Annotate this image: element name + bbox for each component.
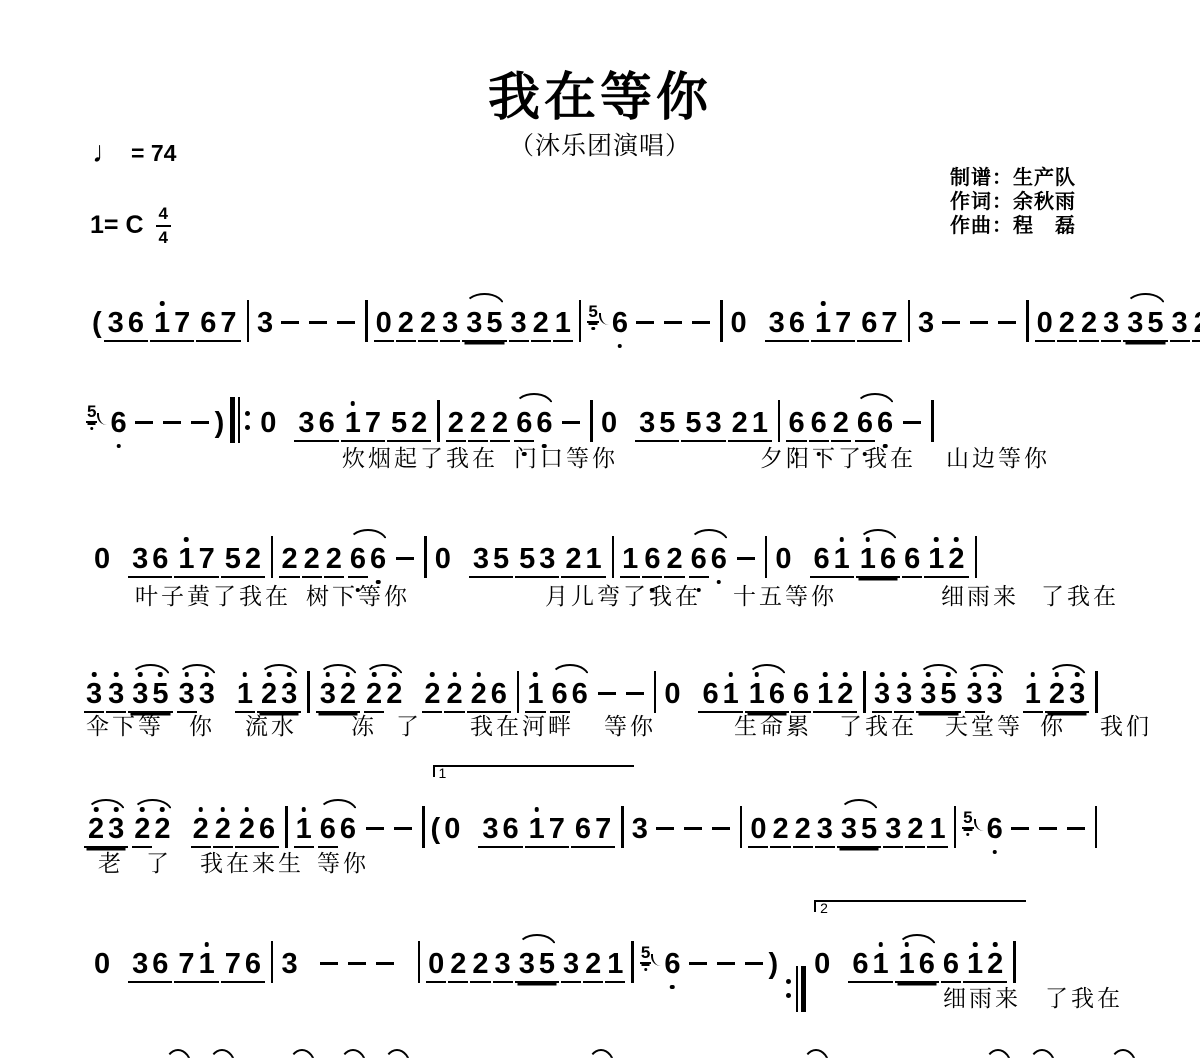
slur-arc	[855, 393, 895, 407]
note: 0	[729, 309, 749, 338]
note-group: 66	[346, 545, 390, 578]
slur-arc-partial	[164, 1049, 192, 1062]
grace-note: 5	[86, 418, 108, 438]
note: 1	[176, 545, 196, 574]
lyric-segment: 天堂等	[945, 708, 1023, 741]
note: 1	[832, 545, 852, 574]
barline	[422, 806, 425, 848]
note: 2	[470, 950, 490, 983]
score-line: 3335331233222222616606116612333533123	[84, 661, 1102, 713]
note: 0	[1035, 309, 1055, 342]
note: 6	[812, 545, 832, 574]
note: 6	[709, 545, 729, 574]
lyric-segment: 了	[146, 845, 172, 878]
slur-arc	[550, 664, 590, 678]
note-group: 67	[571, 815, 615, 848]
note: 2	[468, 409, 488, 442]
note: 6	[514, 409, 534, 442]
barline	[612, 536, 615, 578]
duration-dash	[664, 321, 682, 324]
barline	[365, 300, 368, 342]
slur-arc	[464, 293, 504, 307]
note: 3	[1125, 309, 1145, 338]
tempo-marking: ♩ = 74	[92, 138, 176, 168]
lyric-segment: 等你	[604, 708, 656, 741]
slur-arc	[348, 529, 388, 543]
note: 6	[108, 409, 128, 438]
note-group: 36	[478, 815, 522, 848]
duration-dash	[745, 962, 763, 965]
duration-dash	[366, 827, 384, 830]
time-signature-bottom: 4	[159, 227, 168, 248]
note-group: 66	[687, 545, 731, 578]
lyric-segment: 老	[98, 845, 124, 878]
barline	[590, 400, 593, 442]
score-line: 03617522226603553211626606116612	[92, 526, 981, 578]
note: 1	[584, 545, 604, 574]
barline	[631, 941, 634, 983]
barline	[271, 941, 274, 983]
duration-dash	[684, 827, 702, 830]
slur-arc	[965, 664, 1005, 678]
note: 2	[237, 815, 257, 844]
note: 0	[374, 309, 394, 342]
repeat-thick-bar	[230, 397, 235, 443]
note: 1	[620, 545, 640, 578]
quarter-note-icon: ♩	[92, 138, 122, 168]
note: 6	[902, 545, 922, 578]
lyric-segment: 冻	[351, 708, 377, 741]
duration-dash	[626, 692, 644, 695]
key-label: 1= C	[90, 211, 144, 240]
duration-dash	[692, 321, 710, 324]
note-group: 36	[104, 309, 148, 342]
barline	[437, 400, 440, 442]
duration-dash	[737, 557, 755, 560]
time-signature: 4 4	[156, 204, 171, 247]
note: 6	[610, 309, 630, 338]
note-group: 23	[84, 815, 128, 848]
note: 6	[534, 409, 554, 438]
note-group: 36	[765, 309, 809, 342]
note: 1	[721, 680, 741, 709]
note-group: 35	[837, 815, 881, 848]
note: 1	[965, 950, 985, 979]
note: 1	[152, 309, 172, 338]
note: 3	[1101, 309, 1121, 342]
note-group: 36	[128, 950, 172, 983]
duration-dash	[281, 321, 299, 324]
repeat-begin-sign	[230, 397, 252, 443]
parenthesis: )	[769, 950, 779, 979]
note-group: 17	[341, 409, 385, 442]
note-group: 76	[221, 950, 265, 983]
note-group: 35	[635, 409, 679, 442]
repeat-thin-bar	[796, 966, 798, 1012]
note: 3	[197, 680, 217, 709]
note: 5	[517, 545, 537, 574]
repeat-end-sign	[784, 966, 806, 1012]
barline	[418, 941, 421, 983]
note: 3	[704, 409, 724, 438]
volta-bracket: 1(0361767	[431, 796, 628, 848]
note: 7	[172, 309, 192, 338]
note-group: 66	[512, 409, 556, 442]
score-line: 56)036175222266035532166266	[86, 386, 938, 442]
note-group: 12	[924, 545, 968, 578]
note: 0	[748, 815, 768, 848]
time-signature-top: 4	[156, 204, 171, 227]
duration-dash	[598, 692, 616, 695]
note: 6	[875, 409, 895, 438]
note: 3	[255, 309, 275, 338]
note: 3	[815, 815, 835, 848]
note: 6	[489, 680, 509, 709]
barline	[654, 671, 657, 713]
sheet-music-page: { "title": "我在等你", "subtitle": "（沐乐团演唱）"…	[0, 0, 1200, 1062]
credit-lyricist: 作词：余秋雨	[950, 190, 1076, 214]
note: 5	[537, 950, 557, 979]
lyric-segment: 了我在	[839, 708, 917, 741]
barline	[424, 536, 427, 578]
volta-bracket: 206116612	[812, 931, 1020, 983]
note-group: 22	[130, 815, 174, 848]
note-group: 17	[525, 815, 569, 848]
note: 6	[941, 950, 961, 983]
note: 0	[92, 950, 112, 979]
slur-arc-partial	[984, 1049, 1012, 1062]
barline	[863, 671, 866, 713]
note-group: 16	[856, 545, 900, 578]
note-group: 67	[857, 309, 901, 342]
note: 2	[396, 309, 416, 342]
note: 2	[446, 409, 466, 442]
slur-arc-partial	[288, 1049, 316, 1062]
barline	[1095, 806, 1098, 848]
slur-arc	[839, 799, 879, 813]
note: 1	[750, 409, 770, 438]
note: 6	[850, 950, 870, 979]
note: 6	[573, 815, 593, 844]
duration-dash	[636, 321, 654, 324]
note: 7	[197, 545, 217, 574]
duration-dash	[309, 321, 327, 324]
note: 2	[490, 409, 510, 442]
note: 7	[879, 309, 899, 338]
barline	[908, 300, 911, 342]
note: 6	[243, 950, 263, 979]
note: 2	[302, 545, 322, 578]
note-group: 53	[681, 409, 725, 442]
note-group: 52	[387, 409, 431, 442]
note: 3	[471, 545, 491, 574]
note: 3	[279, 680, 299, 709]
note: 2	[132, 815, 152, 848]
duration-dash	[337, 321, 355, 324]
grace-note: 5	[587, 318, 609, 338]
song-subtitle: （沐乐团演唱）	[0, 126, 1200, 162]
note: 5	[657, 409, 677, 438]
note: 3	[480, 815, 500, 844]
duration-dash	[903, 421, 921, 424]
note: 3	[440, 309, 460, 342]
note: 6	[662, 950, 682, 979]
parenthesis: )	[215, 409, 225, 438]
note: 6	[570, 680, 590, 709]
note: 2	[338, 680, 358, 709]
note-group: 36	[294, 409, 338, 442]
note: 2	[152, 815, 172, 844]
credit-arranger: 制谱：生产队	[950, 166, 1076, 190]
note: 3	[637, 409, 657, 438]
note: 1	[197, 950, 217, 979]
note: 2	[946, 545, 966, 574]
note-group: 67	[196, 309, 240, 342]
note: 3	[985, 680, 1005, 709]
lyric-segment: 我在河畔	[470, 708, 574, 741]
note: 5	[484, 309, 504, 338]
duration-dash	[998, 321, 1016, 324]
note: 6	[859, 309, 879, 338]
duration-dash	[394, 827, 412, 830]
note: 1	[926, 545, 946, 574]
duration-dash	[135, 421, 153, 424]
note: 3	[279, 950, 299, 979]
lyric-segment: 炊烟起了我在	[342, 440, 498, 473]
note: 1	[858, 545, 878, 574]
note: 6	[855, 409, 875, 442]
note: 5	[938, 680, 958, 709]
note-group: 71	[174, 950, 218, 983]
note: 6	[501, 815, 521, 844]
grace-note: 5	[962, 824, 984, 844]
note: 2	[418, 309, 438, 342]
note: 5	[640, 944, 651, 964]
note: 7	[593, 815, 613, 844]
note: 0	[773, 545, 793, 574]
note: 2	[384, 680, 404, 709]
note: 3	[464, 309, 484, 338]
note: 2	[985, 950, 1005, 979]
duration-dash	[1011, 827, 1029, 830]
note: 6	[985, 815, 1005, 844]
duration-dash	[656, 827, 674, 830]
note: 7	[223, 950, 243, 979]
barline	[778, 400, 781, 442]
barline	[307, 671, 310, 713]
barline	[975, 536, 978, 578]
slur-arc	[177, 664, 217, 678]
lyric-segment: 等你	[317, 845, 369, 878]
note-group: 52	[221, 545, 265, 578]
note: 3	[493, 950, 513, 983]
lyric-segment: 流水	[245, 708, 297, 741]
note: 6	[150, 950, 170, 979]
note: 3	[916, 309, 936, 338]
parenthesis: (	[92, 309, 102, 338]
barline	[271, 536, 274, 578]
note: 1	[870, 950, 890, 979]
note: 0	[812, 950, 832, 979]
note: 5	[587, 303, 598, 323]
parenthesis: (	[431, 815, 441, 844]
duration-dash	[562, 421, 580, 424]
lyric-segment: 叶子黄了我在	[135, 578, 291, 611]
barline	[285, 806, 288, 848]
lyric-segment: 细雨来	[943, 980, 1021, 1013]
note: 3	[517, 950, 537, 979]
repeat-dot	[786, 993, 791, 998]
repeat-thick-bar	[801, 966, 806, 1012]
note: 2	[1057, 309, 1077, 342]
grace-note: 5	[640, 959, 662, 979]
note: 3	[630, 815, 650, 844]
note: 0	[662, 680, 682, 709]
note: 3	[509, 309, 529, 342]
note: 1	[927, 815, 947, 848]
lyric-segment: 我们	[1100, 708, 1152, 741]
slur-arc-partial	[1028, 1049, 1056, 1062]
note: 6	[348, 545, 368, 578]
lyric-segment: 夕阳下了我在	[760, 440, 916, 473]
note: 6	[787, 309, 807, 338]
note: 2	[444, 680, 464, 713]
note: 0	[442, 815, 462, 844]
note-group: 61	[810, 545, 854, 578]
duration-dash	[1067, 827, 1085, 830]
note: 7	[176, 950, 196, 979]
lyric-segment: 月儿弯了我在	[545, 578, 701, 611]
slur-arc-partial	[587, 1049, 615, 1062]
note: 2	[563, 545, 583, 574]
note: 2	[259, 680, 279, 709]
note: 5	[491, 545, 511, 574]
note: 6	[126, 309, 146, 338]
note-group: 35	[462, 309, 506, 342]
note: 3	[130, 950, 150, 979]
slur-arc-partial	[1109, 1049, 1137, 1062]
note: 1	[343, 409, 363, 438]
slur-arc	[1047, 664, 1087, 678]
slur-arc	[747, 664, 787, 678]
note: 7	[363, 409, 383, 438]
note-group: 17	[174, 545, 218, 578]
slur-arc-partial	[208, 1049, 236, 1062]
volta-line	[814, 900, 1026, 912]
note: 6	[809, 409, 829, 442]
duration-dash	[191, 421, 209, 424]
lyric-segment: 十五等你	[733, 578, 837, 611]
slur-arc	[1125, 293, 1165, 307]
note: 1	[813, 309, 833, 338]
slur-arc	[132, 799, 172, 813]
lyric-segment: 了我在	[1041, 578, 1119, 611]
barline	[621, 806, 624, 848]
slur-arc-partial	[802, 1049, 830, 1062]
lyric-segment: 生命累	[734, 708, 812, 741]
lyric-segment: 了我在	[1045, 980, 1123, 1013]
note: 2	[191, 815, 211, 848]
note: 2	[86, 815, 106, 844]
note: 2	[730, 409, 750, 438]
repeat-dot	[245, 411, 250, 416]
credit-composer: 作曲：程 磊	[950, 214, 1076, 238]
note-group: 35	[1123, 309, 1167, 342]
barline	[720, 300, 723, 342]
note: 6	[257, 815, 277, 844]
grace-tie	[97, 413, 108, 425]
note: 2	[793, 815, 813, 848]
duration-dash	[348, 962, 366, 965]
volta-number: 2	[820, 901, 828, 915]
note-group: 61	[848, 950, 892, 983]
slur-arc-partial	[339, 1049, 367, 1062]
note: 2	[531, 309, 551, 342]
grace-tie	[651, 954, 662, 966]
note-group: 12	[963, 950, 1007, 983]
barline	[740, 806, 743, 848]
note: 6	[368, 545, 388, 574]
note: 6	[150, 545, 170, 574]
repeat-dots	[245, 411, 250, 430]
duration-dash	[376, 962, 394, 965]
note: 1	[815, 680, 835, 709]
note: 7	[218, 309, 238, 338]
note: 2	[469, 680, 489, 709]
note: 6	[700, 680, 720, 709]
note-group: 66	[316, 815, 360, 848]
note: 3	[918, 680, 938, 709]
note: 3	[106, 309, 126, 338]
note: 0	[433, 545, 453, 574]
repeat-dot	[245, 425, 250, 430]
duration-dash	[320, 962, 338, 965]
duration-dash	[396, 557, 414, 560]
note: 3	[318, 680, 338, 709]
barline	[765, 536, 768, 578]
note: 0	[599, 409, 619, 438]
note: 3	[1067, 680, 1087, 709]
note-group: 66	[853, 409, 897, 442]
note: 5	[150, 680, 170, 709]
barline	[954, 806, 957, 848]
score-line: (36176730223353215603617673022335321	[92, 290, 1200, 342]
slur-arc	[86, 799, 126, 813]
note: 6	[338, 815, 358, 844]
lyric-segment: 我在来生	[200, 845, 304, 878]
slur-arc	[689, 529, 729, 543]
note: 3	[561, 950, 581, 983]
note: 6	[767, 680, 787, 709]
slur-arc	[318, 664, 358, 678]
barline	[579, 300, 582, 342]
barline	[931, 400, 934, 442]
barline	[1095, 671, 1098, 713]
slur-arc	[858, 529, 898, 543]
repeat-dots	[786, 979, 791, 998]
lyric-segment: 细雨来	[941, 578, 1019, 611]
grace-tie	[599, 313, 610, 325]
slur-arc	[318, 799, 358, 813]
note: 2	[835, 680, 855, 709]
note: 2	[770, 815, 790, 848]
note: 6	[917, 950, 937, 979]
barline	[247, 300, 250, 342]
note: 2	[1047, 680, 1067, 709]
slur-arc-partial	[383, 1049, 411, 1062]
note-group: 35	[515, 950, 559, 983]
barline	[1013, 941, 1016, 983]
